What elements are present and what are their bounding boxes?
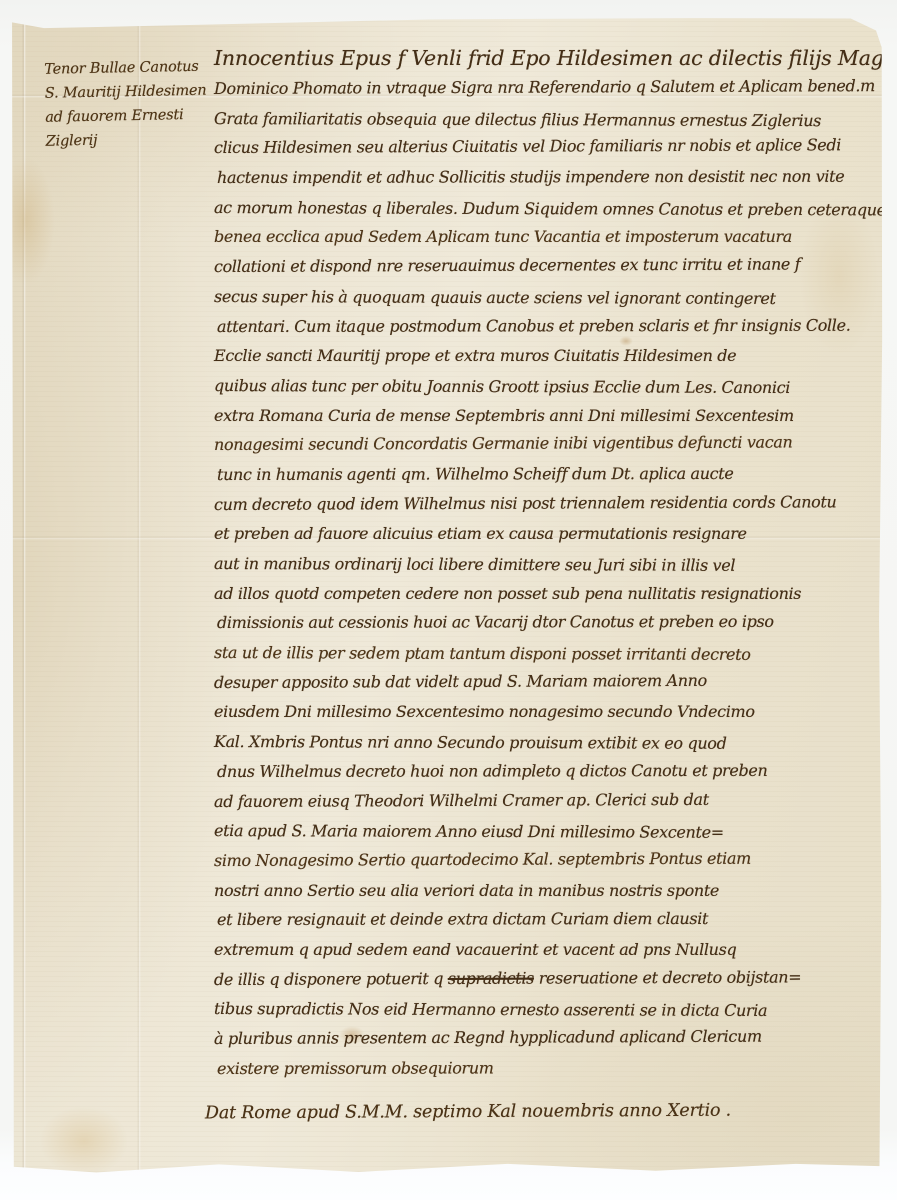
manuscript-line: clicus Hildesimen seu alterius Ciuitatis…	[214, 130, 878, 163]
manuscript-line: benea ecclica apud Sedem Aplicam tunc Va…	[214, 222, 878, 252]
manuscript-line: Ecclie sancti Mauritij prope et extra mu…	[214, 341, 878, 371]
manuscript-line: simo Nonagesimo Sertio quartodecimo Kal.…	[214, 843, 878, 876]
manuscript-page: Tenor Bullae Canotus S. Mauritij Hildesi…	[9, 16, 883, 1176]
paper-stain	[0, 156, 55, 286]
manuscript-line: Dominico Phomato in vtraque Sigra nra Re…	[214, 71, 878, 104]
manuscript-line: secus super his à quoquam quauis aucte s…	[214, 282, 878, 314]
manuscript-line: dimissionis aut cessionis huoi ac Vacari…	[217, 607, 881, 638]
margin-note-line: S. Mauritij Hildesimen	[45, 78, 225, 105]
manuscript-line: dnus Wilhelmus decreto huoi non adimplet…	[217, 755, 881, 786]
fold-crease-vertical	[22, 16, 26, 1176]
manuscript-line: extremum q apud sedem eand vacauerint et…	[214, 935, 878, 965]
manuscript-line: quibus alias tunc per obitu Joannis Groo…	[214, 371, 878, 403]
manuscript-line: Kal. Xmbris Pontus nri anno Secundo prou…	[214, 727, 878, 759]
manuscript-line: existere premissorum obsequiorum	[217, 1052, 881, 1083]
scanned-document: Tenor Bullae Canotus S. Mauritij Hildesi…	[0, 0, 897, 1200]
manuscript-line: collationi et dispond nre reseruauimus d…	[214, 249, 878, 282]
manuscript-line: nostri anno Sertio seu alia veriori data…	[214, 876, 878, 906]
manuscript-line: et libere resignauit et deinde extra dic…	[217, 904, 881, 935]
manuscript-line: nonagesimi secundi Concordatis Germanie …	[214, 427, 878, 460]
manuscript-line: ad illos quotd competen cedere non posse…	[214, 579, 878, 609]
manuscript-line: Innocentius Epus f Venli frid Epo Hildes…	[214, 43, 878, 74]
manuscript-line: extra Romana Curia de mense Septembris a…	[214, 401, 878, 431]
paper-stain	[39, 1106, 129, 1176]
struck-word: supradictis	[448, 968, 534, 987]
fold-crease-vertical	[137, 16, 141, 1176]
manuscript-line: eiusdem Dni millesimo Sexcentesimo nonag…	[214, 697, 878, 727]
manuscript-line: aut in manibus ordinarij loci libere dim…	[214, 549, 878, 581]
manuscript-line: tunc in humanis agenti qm. Wilhelmo Sche…	[217, 459, 881, 490]
manuscript-line: desuper apposito sub dat videlt apud S. …	[214, 665, 878, 698]
manuscript-line: de illis q disponere potuerit q supradic…	[214, 962, 878, 995]
dateline: Dat Rome apud S.M.M. septimo Kal nouembr…	[205, 1101, 731, 1124]
manuscript-line: ac morum honestas q liberales. Dudum Siq…	[214, 193, 878, 225]
margin-note: Tenor Bullae Canotus S. Mauritij Hildesi…	[44, 54, 226, 153]
manuscript-line: et preben ad fauore alicuius etiam ex ca…	[214, 519, 878, 549]
manuscript-line: attentari. Cum itaque postmodum Canobus …	[217, 310, 881, 341]
manuscript-line: à pluribus annis presentem ac Regnd hypp…	[214, 1021, 878, 1054]
manuscript-line: ad fauorem eiusq Theodori Wilhelmi Crame…	[214, 784, 878, 817]
manuscript-line: hactenus impendit et adhuc Sollicitis st…	[217, 162, 881, 193]
body-text: Innocentius Epus f Venli frid Epo Hildes…	[214, 43, 878, 1083]
margin-note-line: Tenor Bullae Canotus	[44, 54, 224, 81]
margin-note-line: ad fauorem Ernesti Ziglerij	[45, 102, 226, 153]
manuscript-line: cum decreto quod idem Wilhelmus nisi pos…	[214, 487, 878, 520]
